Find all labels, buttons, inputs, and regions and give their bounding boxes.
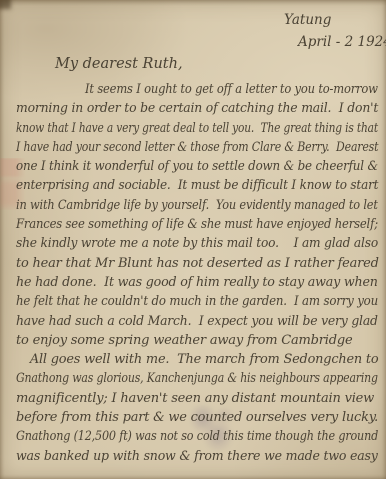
letter-line: Gnathong was glorious, Kanchenjunga & hi… [16,369,320,388]
letter-line: before from this part & we counted ourse… [16,408,376,427]
letter-line: he had done. It was good of him really t… [16,273,368,292]
letter-line: I have had your second letter & those fr… [16,138,321,157]
letter-line: morning in order to be certain of catchi… [16,99,362,118]
letter-line: he felt that he couldn't do much in the … [16,292,344,311]
letter-line: It seems I ought to get off a letter to … [16,80,336,99]
letter-line: in with Cambridge life by yourself. You … [16,196,332,215]
letter-place: Yatung [284,12,331,28]
letter-line: have had such a cold March. I expect you… [16,312,361,331]
letter-date: April - 2 1924 [298,34,386,50]
letter-line: Frances see something of life & she must… [16,215,339,234]
letter-paragraph: All goes well with me. The march from Se… [16,350,378,466]
letter-line: she kindly wrote me a note by this mail … [16,234,356,253]
letter-body: It seems I ought to get off a letter to … [16,80,378,466]
letter-line: enterprising and sociable. It must be di… [16,176,351,195]
letter-line: was banked up with snow & from there we … [16,447,365,466]
letter-line: know that I have a very great deal to te… [16,119,312,138]
letter-line: All goes well with me. The march from Se… [16,350,375,369]
letter-line: Gnathong (12,500 ft) was not so cold thi… [16,427,327,446]
letter-line: to hear that Mr Blunt has not deserted a… [16,254,376,273]
letter-line: magnificently; I haven't seen any distan… [16,389,378,408]
scan-corner-shadow [0,0,11,9]
letter-salutation: My dearest Ruth, [55,56,183,72]
letter-line: one I think it wonderful of you to settl… [16,157,347,176]
letter-paragraph: It seems I ought to get off a letter to … [16,80,378,350]
letter-line: to enjoy some spring weather away from C… [16,331,378,350]
letter-page: Yatung April - 2 1924 My dearest Ruth, I… [0,0,386,479]
